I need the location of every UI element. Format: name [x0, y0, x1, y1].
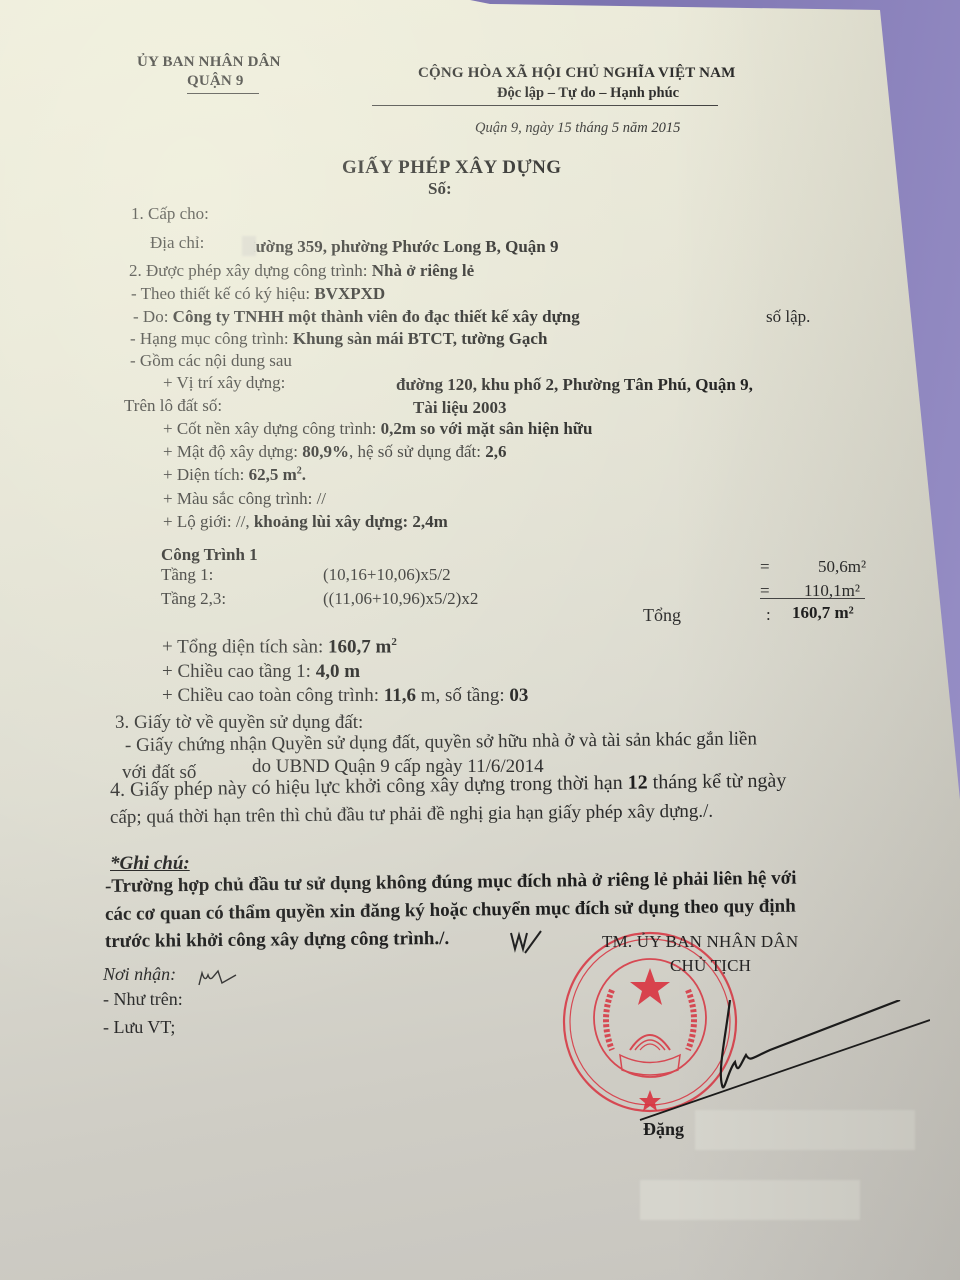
validity-line: 4. Giấy phép này có hiệu lực khởi công x…: [110, 771, 787, 800]
category-line: - Hạng mục công trình: Khung sàn mái BTC…: [130, 330, 547, 347]
note-line-2: các cơ quan có thẩm quyền xin đăng ký ho…: [105, 897, 796, 924]
works-row-value: 50,6m²: [818, 558, 866, 575]
initial-mark-icon: [505, 925, 545, 960]
lot-label: Trên lô đất số:: [124, 397, 222, 414]
issuer-underline: [187, 93, 259, 94]
issuer-name: ỦY BAN NHÂN DÂN: [137, 55, 281, 70]
location-value: đường 120, khu phố 2, Phường Tân Phú, Qu…: [396, 376, 753, 393]
color-line: + Màu sắc công trình: //: [163, 490, 326, 507]
ground-height-line: + Chiều cao tầng 1: 4,0 m: [162, 662, 360, 681]
boundary-line: + Lộ giới: //, khoảng lùi xây dựng: 2,4m: [163, 513, 448, 530]
redacted-signer-name: [695, 1110, 915, 1150]
works-row-label: Tầng 2,3:: [161, 590, 226, 607]
design-line: - Theo thiết kế có ký hiệu: BVXPXD: [131, 285, 385, 302]
foundation-value: 0,2m so với mặt sân hiện hữu: [381, 419, 593, 438]
issue-date: Quận 9, ngày 15 tháng 5 năm 2015: [475, 121, 680, 136]
recipients-label: Nơi nhận:: [103, 965, 176, 983]
document-title: GIẤY PHÉP XÂY DỰNG: [342, 158, 562, 177]
designer-suffix: số lập.: [766, 308, 810, 325]
signer-name: Đặng: [643, 1120, 684, 1138]
works-row-value: 110,1m²: [804, 582, 860, 599]
section3-label: 3. Giấy tờ về quyền sử dụng đất:: [115, 713, 363, 732]
address-value: đường 359, phường Phước Long B, Quận 9: [246, 238, 559, 255]
permit-number-label: Số:: [428, 180, 452, 197]
issuer-district: QUẬN 9: [187, 74, 244, 89]
floor-count: 03: [509, 685, 528, 706]
recipient-item-2: - Lưu VT;: [103, 1018, 175, 1036]
density-line: + Mật độ xây dựng: 80,9%, hệ số sử dụng …: [163, 443, 506, 460]
recipients-initials-icon: [196, 965, 241, 990]
floor-area-value: 160,7 m: [328, 636, 391, 657]
signatory-title: CHỦ TỊCH: [670, 957, 751, 974]
works-row-equals: =: [760, 582, 770, 599]
designer-company: Công ty TNHH một thành viên đo đạc thiết…: [173, 307, 580, 326]
validity-line-2: cấp; quá thời hạn trên thì chủ đầu tư ph…: [110, 802, 713, 827]
nation-motto: Độc lập – Tự do – Hạnh phúc: [497, 86, 679, 101]
building-type: Nhà ở riêng lẻ: [372, 261, 474, 280]
motto-underline: [372, 105, 718, 106]
works-row-formula: ((11,06+10,96)x5/2)x2: [323, 590, 478, 607]
works-row-formula: (10,16+10,06)x5/2: [323, 566, 451, 583]
area-value: 62,5 m: [249, 465, 297, 484]
density-value: 80,9%: [302, 442, 349, 461]
location-label: + Vị trí xây dựng:: [163, 374, 285, 391]
redacted-area: [640, 1180, 860, 1220]
total-value: 160,7 m²: [792, 604, 854, 621]
ground-height-value: 4,0 m: [316, 661, 360, 682]
note-line-1: -Trường hợp chủ đầu tư sử dụng không đún…: [105, 869, 797, 896]
designer-line: - Do: Công ty TNHH một thành viên đo đạc…: [133, 308, 580, 325]
works-row-equals: =: [760, 558, 770, 575]
works-title: Công Trình 1: [161, 546, 258, 563]
validity-months: 12: [628, 771, 648, 793]
lot-value: Tài liệu 2003: [413, 399, 507, 416]
land-use-ratio: 2,6: [485, 442, 506, 461]
certificate-line: - Giấy chứng nhận Quyền sử dụng đất, quy…: [125, 729, 757, 755]
section1-label: 1. Cấp cho:: [131, 205, 209, 222]
floor-area-line: + Tổng diện tích sàn: 160,7 m2: [162, 637, 397, 656]
total-rule: [760, 598, 865, 599]
area-line: + Diện tích: 62,5 m2.: [163, 466, 306, 483]
total-separator: :: [766, 606, 771, 623]
total-height-value: 11,6: [384, 685, 416, 706]
works-row-label: Tầng 1:: [161, 566, 213, 583]
design-code: BVXPXD: [314, 284, 385, 303]
recipient-item-1: - Như trên:: [103, 990, 183, 1008]
nation-title: CỘNG HÒA XÃ HỘI CHỦ NGHĨA VIỆT NAM: [418, 66, 736, 81]
permit-document: ỦY BAN NHÂN DÂN QUẬN 9 CỘNG HÒA XÃ HỘI C…: [0, 0, 960, 1280]
category-value: Khung sàn mái BTCT, tường Gạch: [293, 329, 548, 348]
total-height-line: + Chiều cao toàn công trình: 11,6 m, số …: [162, 686, 528, 705]
address-label: Địa chỉ:: [150, 234, 204, 251]
note-label: *Ghi chú:: [110, 854, 190, 873]
total-label: Tổng: [643, 606, 681, 624]
note-line-3: trước khi khởi công xây dựng công trình.…: [105, 929, 449, 951]
includes-label: - Gồm các nội dung sau: [130, 352, 292, 369]
signatory-org: TM. ỦY BAN NHÂN DÂN: [602, 933, 798, 950]
foundation-line: + Cốt nền xây dựng công trình: 0,2m so v…: [163, 420, 592, 437]
section2-label: 2. Được phép xây dựng công trình: Nhà ở …: [129, 262, 474, 279]
setback-value: khoảng lùi xây dựng: 2,4m: [254, 512, 448, 531]
